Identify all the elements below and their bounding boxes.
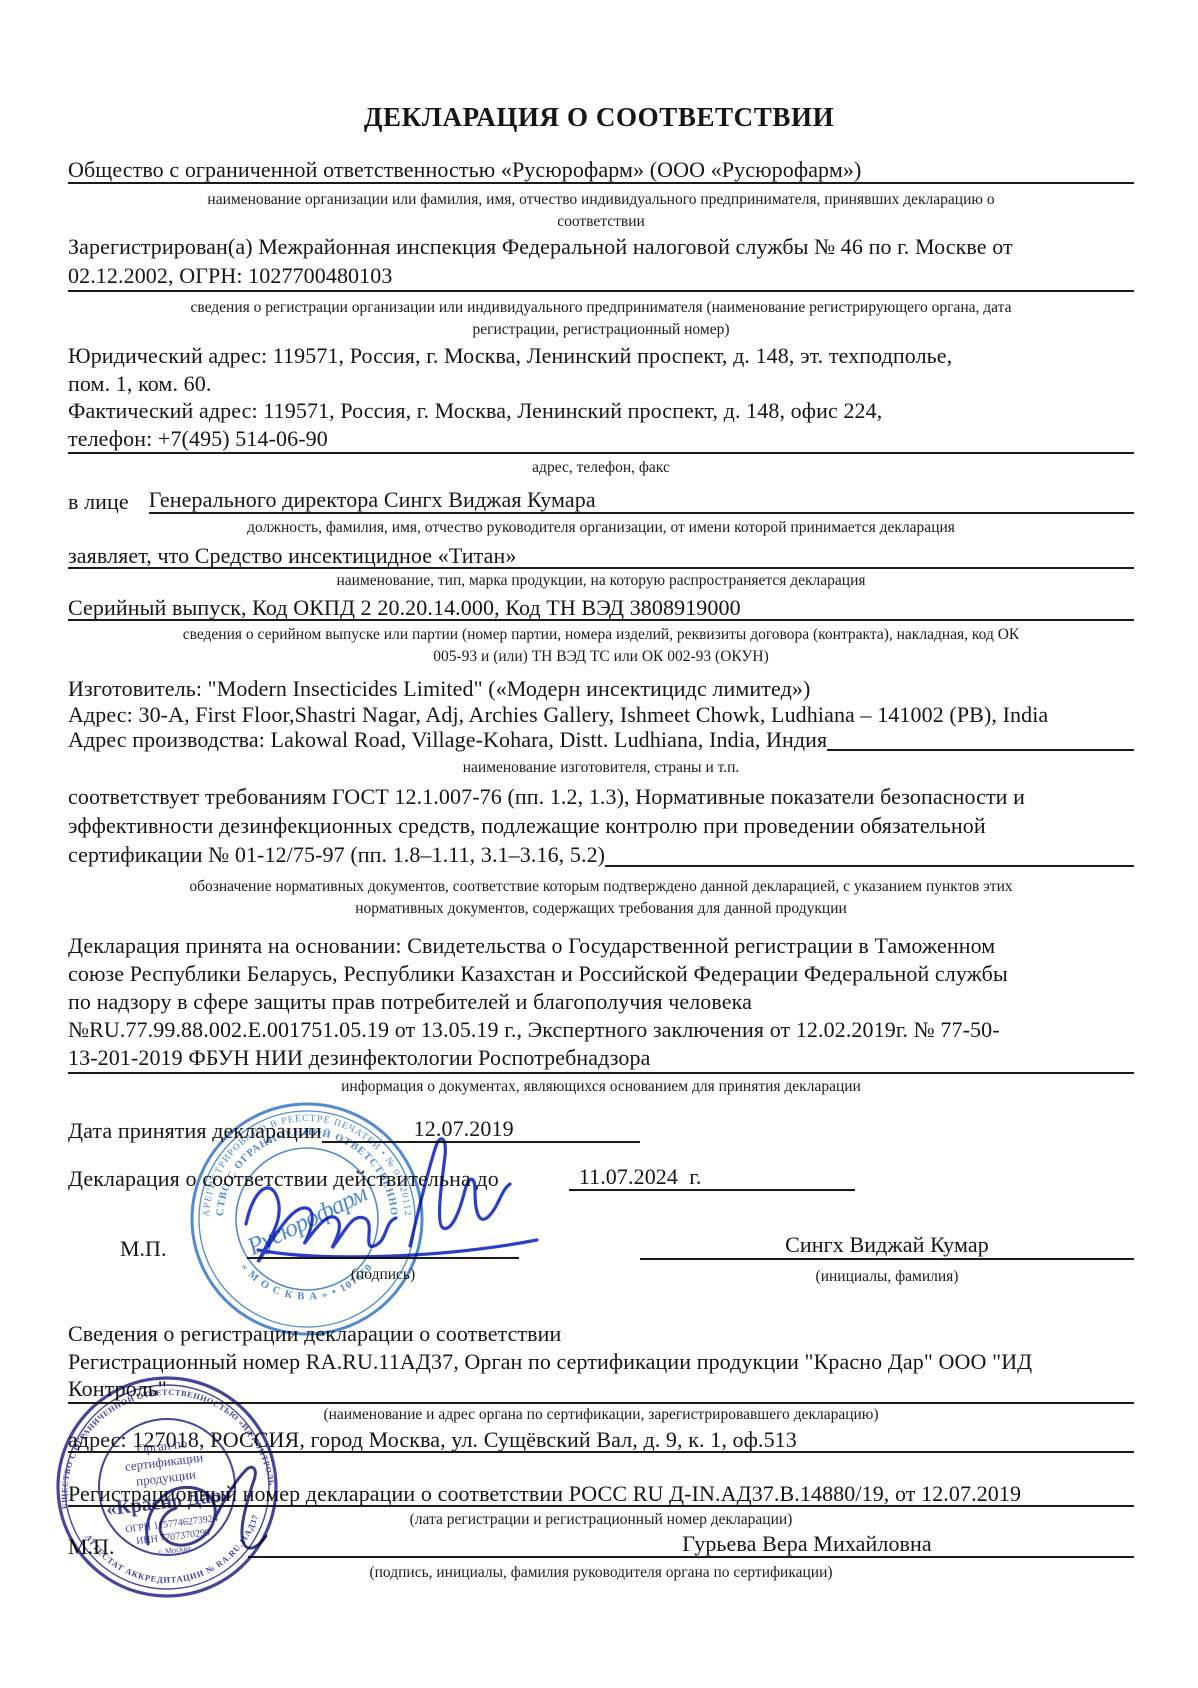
basis-caption: информация о документах, являющихся осно… bbox=[68, 1076, 1134, 1098]
registration-field: Зарегистрирован(а) Межрайонная инспекция… bbox=[68, 232, 1134, 292]
product-caption: наименование, тип, марка продукции, на к… bbox=[68, 570, 1134, 592]
declaration-document: ДЕКЛАРАЦИЯ О СООТВЕТСТВИИ Общество с огр… bbox=[0, 0, 1198, 1688]
manufacturer-blank-line bbox=[827, 749, 1134, 751]
requirements-field: соответствует требованиям ГОСТ 12.1.007-… bbox=[68, 782, 1134, 869]
serial-field: Серийный выпуск, Код ОКПД 2 20.20.14.000… bbox=[68, 594, 1134, 621]
mp-seal-label: М.П. bbox=[120, 1236, 166, 1262]
registration-caption: сведения о регистрации организации или и… bbox=[68, 297, 1134, 341]
requirements-caption: обозначение нормативных документов, соот… bbox=[68, 876, 1134, 920]
cert-head-signature bbox=[118, 1448, 288, 1578]
address-field: Юридический адрес: 119571, Россия, г. Мо… bbox=[68, 342, 1134, 454]
cert-head-signature-line bbox=[248, 1556, 1134, 1558]
cert-head-name: Гурьева Вера Михайловна bbox=[480, 1530, 1134, 1557]
valid-until-value: 11.07.2024 г. bbox=[569, 1164, 855, 1191]
applicant-caption: наименование организации или фамилия, им… bbox=[68, 189, 1134, 233]
director-signature bbox=[232, 1128, 562, 1278]
manufacturer-caption: наименование изготовителя, страны и т.п. bbox=[68, 757, 1134, 779]
applicant-name: Общество с ограниченной ответственностью… bbox=[68, 157, 861, 182]
representative-label: в лице bbox=[68, 489, 149, 514]
requirements-blank-line bbox=[605, 865, 1134, 867]
address-caption: адрес, телефон, факс bbox=[68, 457, 1134, 479]
signatory-name-caption: (инициалы, фамилия) bbox=[640, 1266, 1134, 1288]
signatory-name: Сингх Виджай Кумар bbox=[640, 1232, 1134, 1260]
representative-caption: должность, фамилия, имя, отчество руково… bbox=[68, 517, 1134, 539]
representative-field: в лице Генерального директора Сингх Видж… bbox=[68, 487, 1134, 514]
basis-field: Декларация принята на основании: Свидете… bbox=[68, 932, 1134, 1074]
document-title: ДЕКЛАРАЦИЯ О СООТВЕТСТВИИ bbox=[0, 102, 1198, 133]
representative-value: Генерального директора Сингх Виджая Кума… bbox=[149, 487, 1134, 514]
manufacturer-field: Изготовитель: "Modern Insecticides Limit… bbox=[68, 676, 1134, 753]
applicant-field: Общество с ограниченной ответственностью… bbox=[68, 156, 1134, 184]
product-field: заявляет, что Средство инсектицидное «Ти… bbox=[68, 542, 1134, 569]
serial-caption: сведения о серийном выпуске или партии (… bbox=[68, 624, 1134, 668]
